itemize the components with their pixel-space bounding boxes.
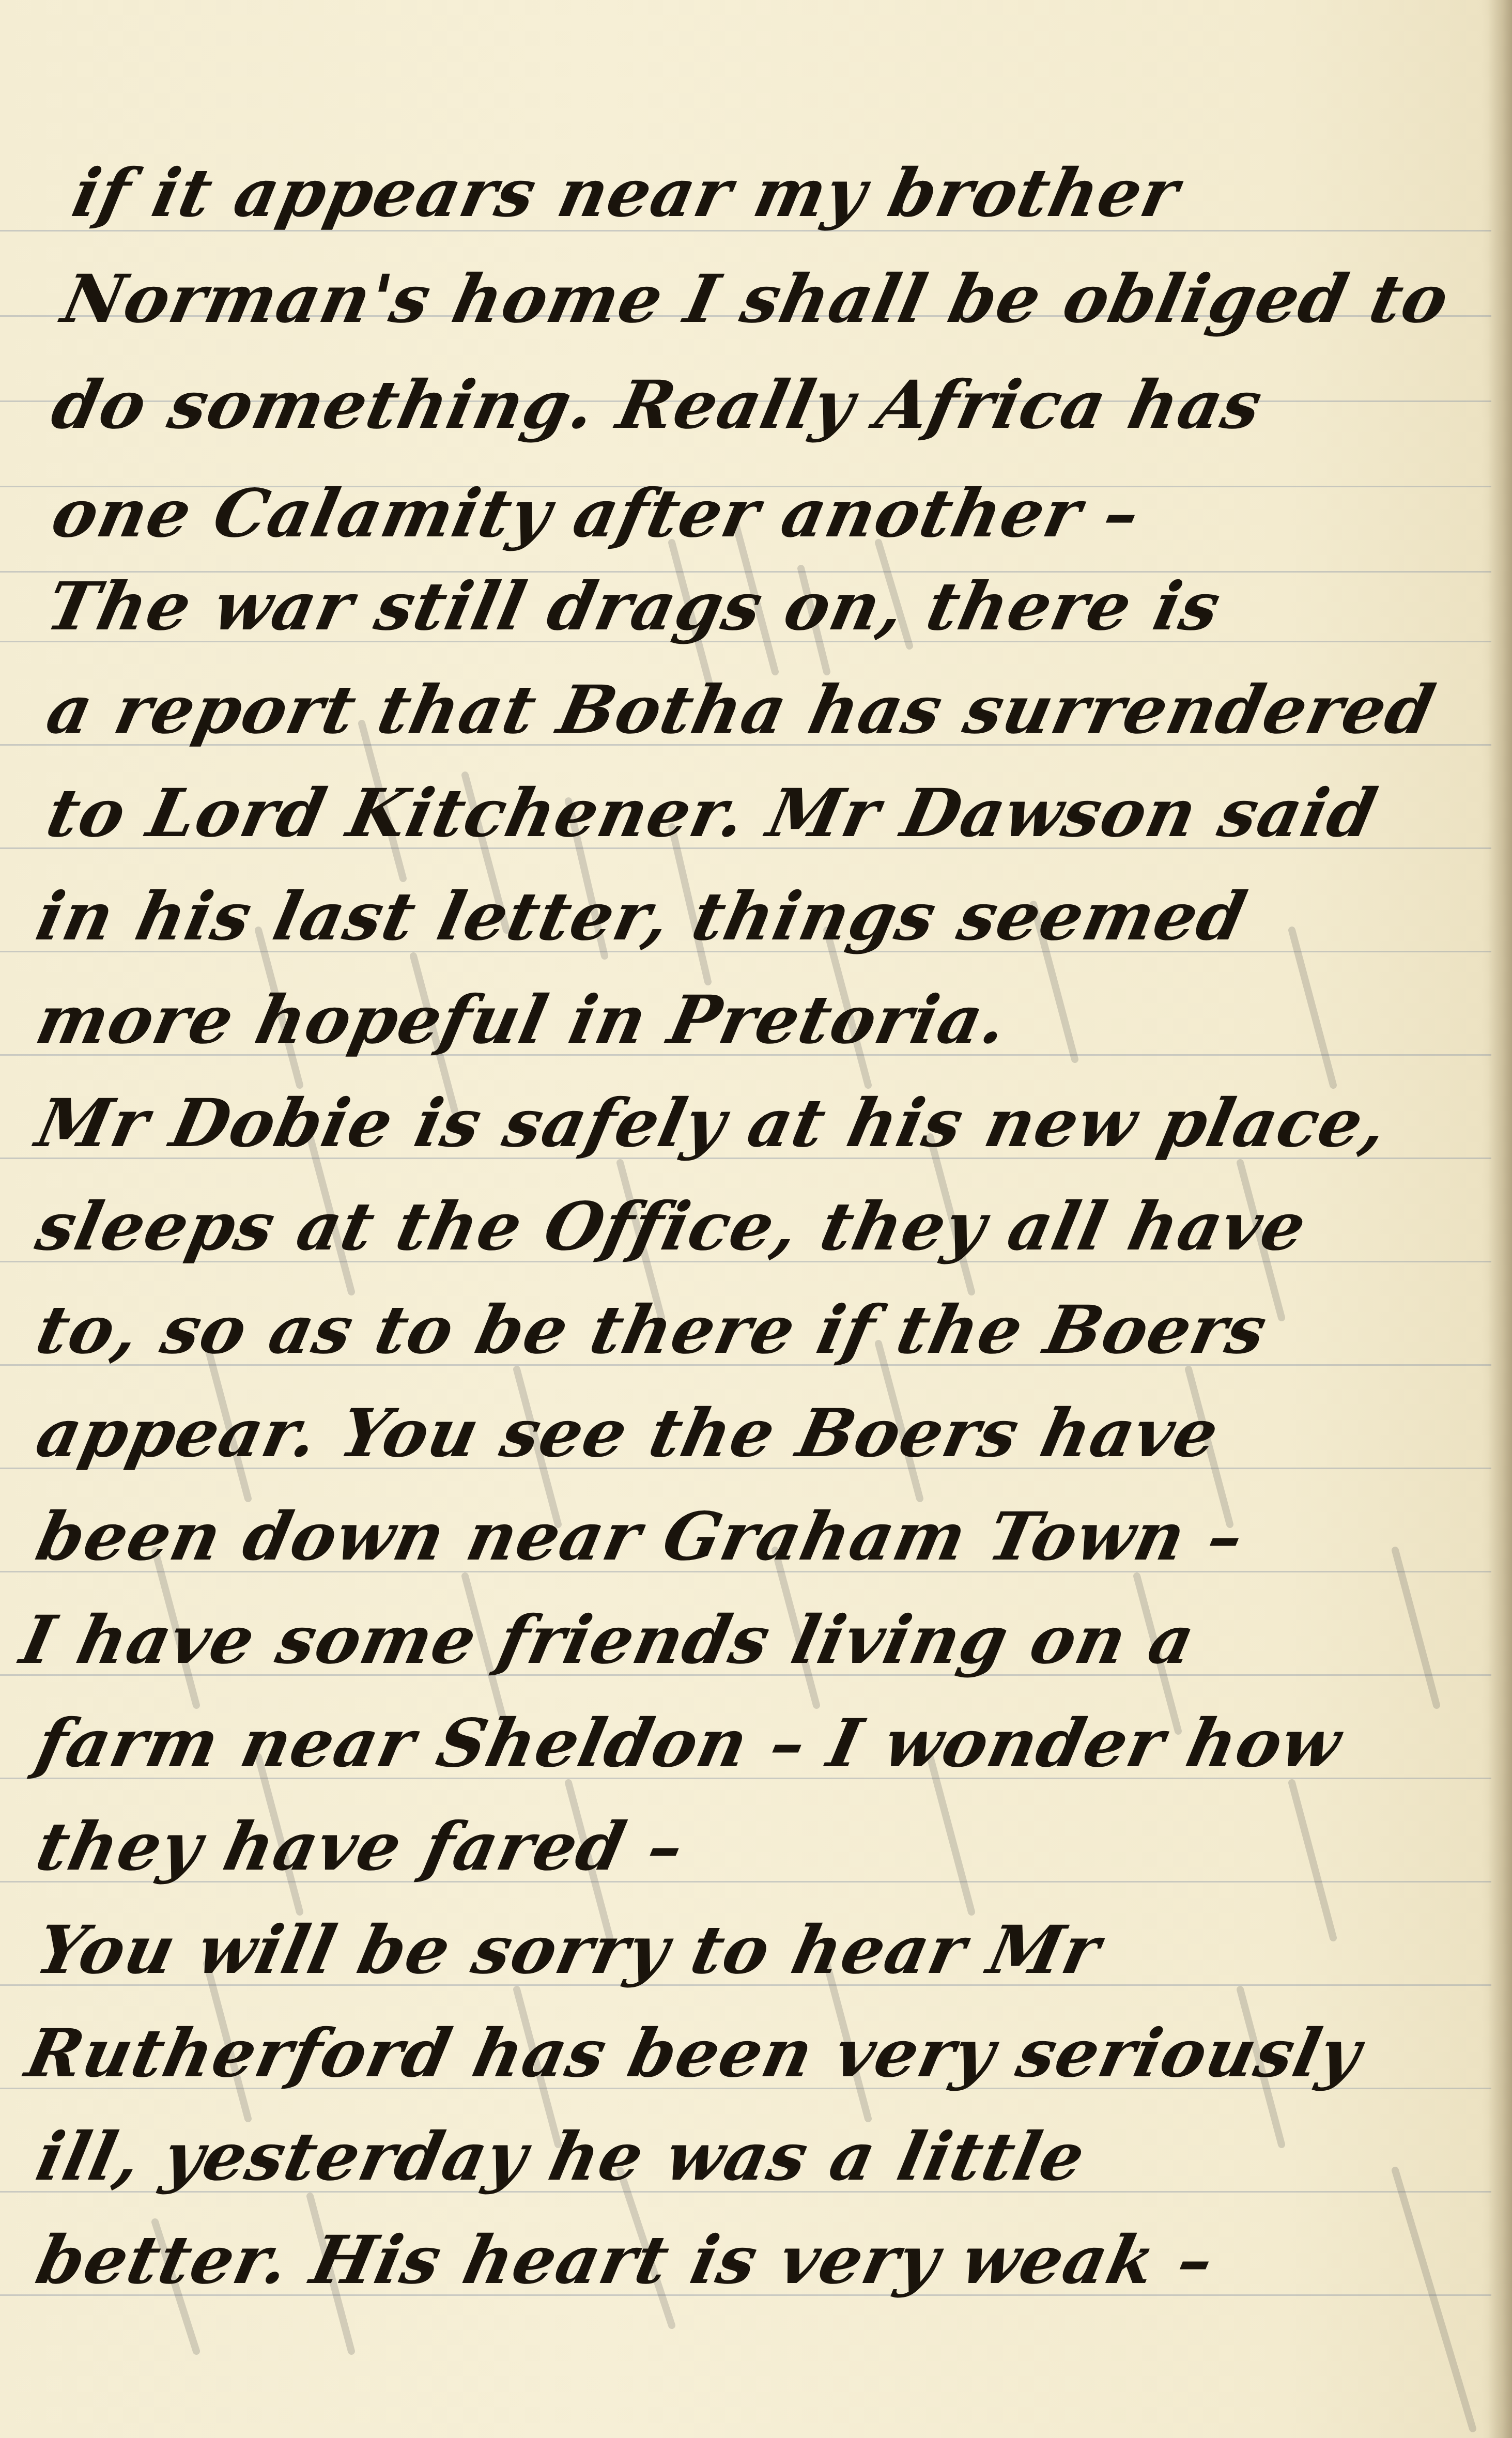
letter-line: in his last letter, things seemed — [31, 884, 1252, 950]
letter-line: do something. Really Africa has — [47, 372, 1268, 438]
letter-line: been down near Graham Town – — [31, 1504, 1250, 1570]
letter-line: The war still drags on, there is — [41, 574, 1227, 640]
letter-line: to, so as to be there if the Boers — [31, 1297, 1273, 1363]
letter-line: Norman's home I shall be obliged to — [57, 266, 1455, 332]
letter-line: if it appears near my brother — [67, 160, 1185, 226]
letter-line: You will be sorry to hear Mr — [31, 1917, 1106, 1983]
letter-line: I have some friends living on a — [16, 1607, 1201, 1673]
paper-edge — [1488, 0, 1512, 2438]
letter-line: farm near Sheldon – I wonder how — [31, 1710, 1347, 1777]
letter-line: sleeps at the Office, they all have — [31, 1194, 1313, 1260]
letter-line: more hopeful in Pretoria. — [31, 987, 1014, 1053]
letter-page: if it appears near my brother Norman's h… — [0, 0, 1512, 2438]
letter-line: Mr Dobie is safely at his new place, — [31, 1090, 1394, 1156]
letter-line: they have fared – — [31, 1814, 690, 1880]
letter-line: a report that Botha has surrendered — [41, 677, 1441, 743]
letter-line: better. His heart is very weak – — [31, 2227, 1220, 2293]
letter-line: ill, yesterday he was a little — [31, 2124, 1091, 2190]
letter-line: appear. You see the Boers have — [31, 1400, 1225, 1467]
letter-line: to Lord Kitchener. Mr Dawson said — [41, 780, 1383, 846]
letter-line: one Calamity after another – — [47, 481, 1146, 547]
letter-line: Rutherford has been very seriously — [21, 2020, 1367, 2087]
